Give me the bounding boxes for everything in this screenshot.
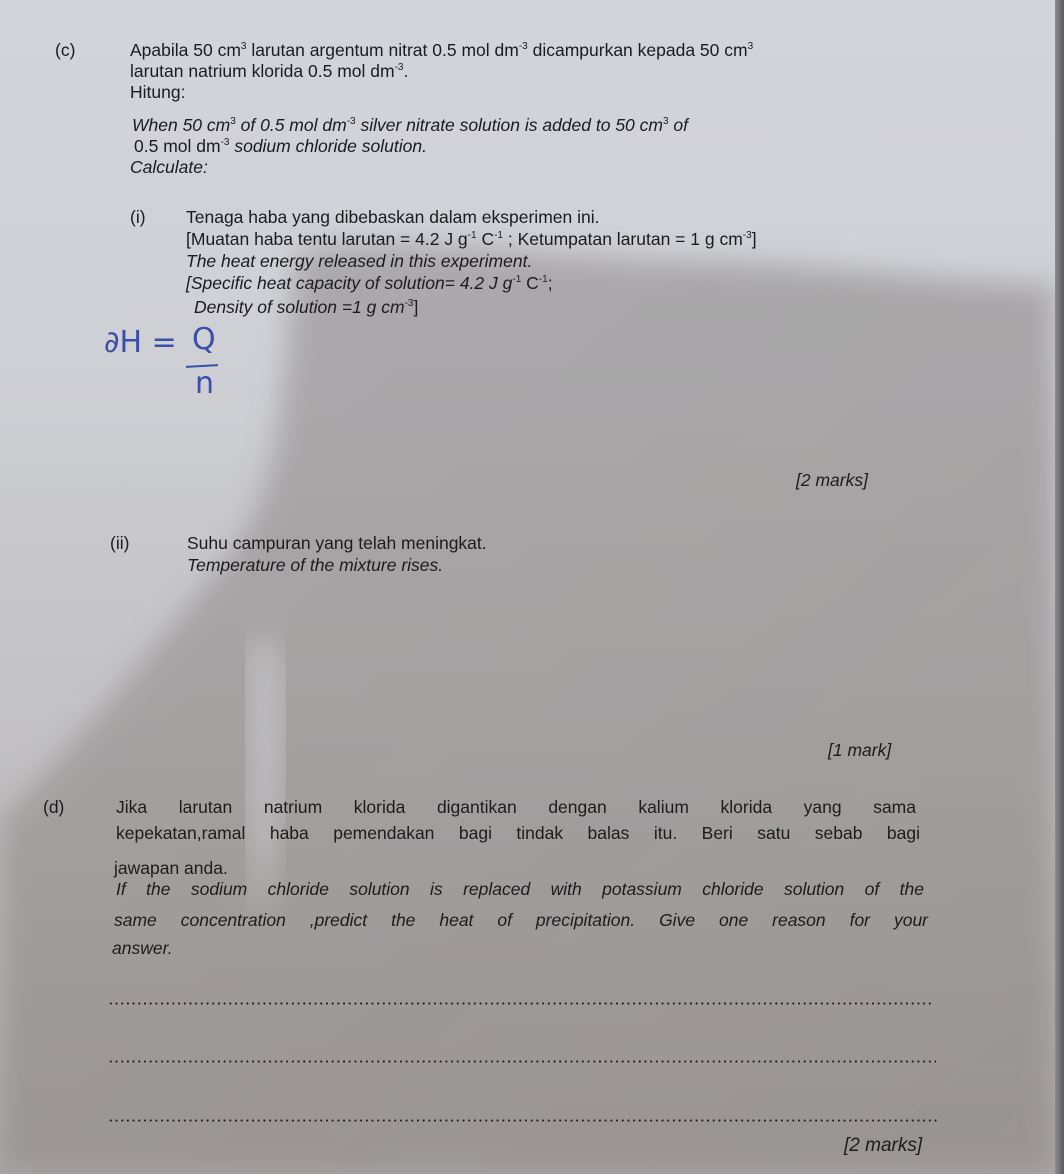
part-i-english-given-1: [Specific heat capacity of solution= 4.2… (186, 273, 553, 293)
part-i-marks: [2 marks] (796, 470, 868, 490)
exam-paper: (c) Apabila 50 cm3 larutan argentum nitr… (0, 0, 1055, 1174)
part-i-malay-given: [Muatan haba tentu larutan = 4.2 J g-1 C… (186, 229, 757, 249)
part-i-malay-question: Tenaga haba yang dibebaskan dalam eksper… (186, 207, 599, 227)
question-c-english-line-2: 0.5 mol dm-3 sodium chloride solution. (134, 136, 427, 156)
question-d-malay-line-1: Jika larutan natrium klorida digantikan … (116, 797, 916, 817)
part-ii-marks: [1 mark] (828, 740, 891, 760)
question-c-malay-line-1: Apabila 50 cm3 larutan argentum nitrat 0… (130, 40, 753, 60)
question-c-english-calculate: Calculate: (130, 157, 208, 177)
question-d-malay-line-3: jawapan anda. (114, 858, 228, 878)
question-d-malay-line-2: kepekatan,ramal haba pemendakan bagi tin… (116, 823, 920, 843)
question-d-marks: [2 marks] (844, 1136, 922, 1156)
question-c-label: (c) (55, 40, 75, 61)
question-d-english-line-3: answer. (112, 938, 173, 958)
handwritten-answer-lhs: ∂H = (104, 325, 177, 360)
part-i-english-given-2: Density of solution =1 g cm-3] (194, 297, 418, 317)
paper-edge (1055, 0, 1064, 1174)
part-i-label: (i) (130, 207, 146, 228)
answer-line-1[interactable] (108, 1002, 934, 1005)
question-c-malay-calculate: Hitung: (130, 82, 185, 102)
question-c-malay-line-2: larutan natrium klorida 0.5 mol dm-3. (130, 61, 408, 81)
part-ii-label: (ii) (110, 533, 129, 554)
answer-line-3[interactable] (108, 1119, 940, 1122)
question-c-english-line-1: When 50 cm3 of 0.5 mol dm-3 silver nitra… (132, 115, 688, 135)
part-ii-english-question: Temperature of the mixture rises. (187, 555, 443, 575)
answer-line-2[interactable] (108, 1060, 936, 1063)
part-i-english-question: The heat energy released in this experim… (186, 251, 532, 271)
question-d-label: (d) (43, 797, 64, 818)
question-d-english-line-1: If the sodium chloride solution is repla… (116, 879, 924, 899)
handwritten-answer-denominator: n (195, 366, 214, 401)
handwritten-answer-numerator: Q (192, 322, 216, 357)
part-ii-malay-question: Suhu campuran yang telah meningkat. (187, 533, 487, 553)
question-d-english-line-2: same concentration ,predict the heat of … (114, 910, 928, 930)
